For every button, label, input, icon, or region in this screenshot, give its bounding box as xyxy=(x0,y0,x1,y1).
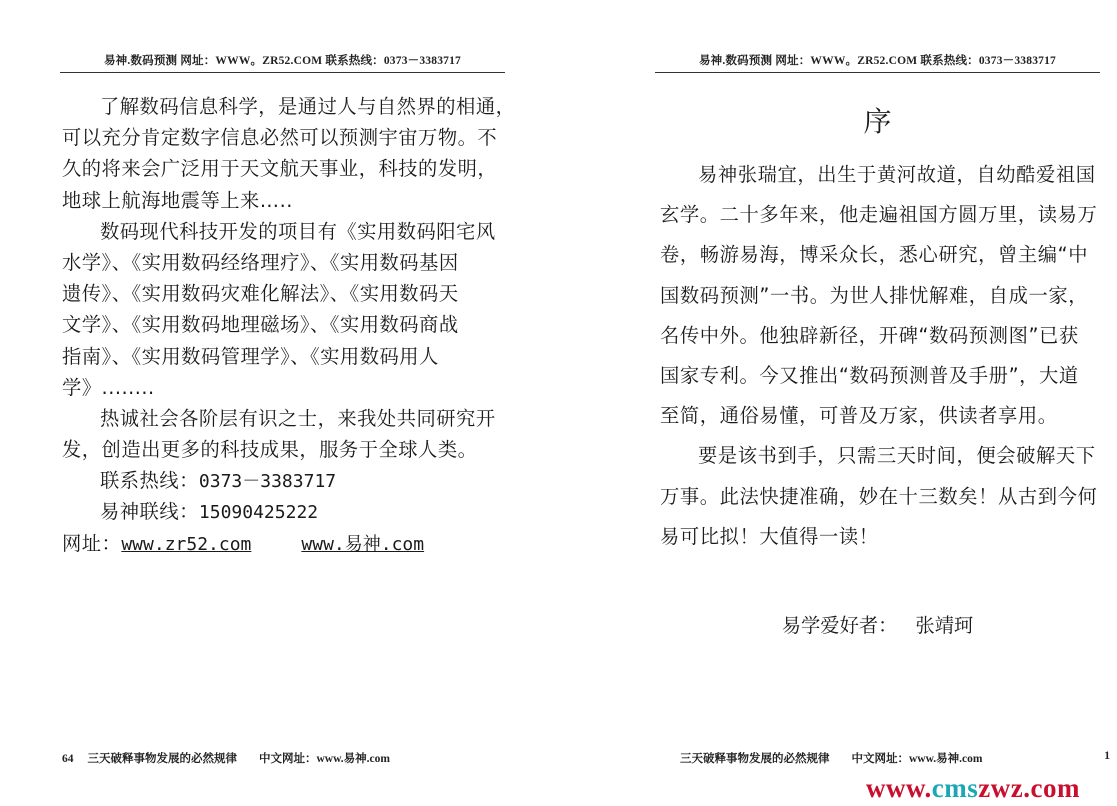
website-link-yishen[interactable]: www.易神.com xyxy=(301,534,424,555)
text-line: 热诚社会各阶层有识之士，来我处共同研究开 xyxy=(62,403,500,434)
page-number: 1 xyxy=(1104,750,1110,762)
footer-site: 中文网址：www.易神.com xyxy=(852,753,983,765)
text-line: 水学》、《实用数码经络理疗》、《实用数码基因 xyxy=(62,247,500,278)
website-link-zr52[interactable]: www.zr52.com xyxy=(121,534,251,555)
text-line: 名传中外。他独辟新径，开碑“数码预测图”已获 xyxy=(660,316,1100,356)
website-line: 网址：www.zr52.comwww.易神.com xyxy=(62,528,500,559)
signature-name: 张靖珂 xyxy=(915,614,973,637)
text-line: 遗传》、《实用数码灾难化解法》、《实用数码天 xyxy=(62,278,500,309)
text-line: 国数码预测”一书。为世人排忧解难，自成一家， xyxy=(660,276,1100,316)
hotline-value: 0373－3383717 xyxy=(199,471,336,492)
text-line: 至简，通俗易懂，可普及万家，供读者享用。 xyxy=(660,396,1100,436)
footer-site: 中文网址：www.易神.com xyxy=(259,753,390,765)
watermark-part-domain: zwz.com xyxy=(978,773,1080,803)
text-line: 了解数码信息科学，是通过人与自然界的相通， xyxy=(62,91,500,122)
right-page: 易神.数码预测 网址：WWW。ZR52.COM 联系热线：0373－338371… xyxy=(655,0,1100,806)
mobile-value: 15090425222 xyxy=(199,502,318,523)
text-line: 卷，畅游易海，博采众长，悉心研究，曾主编“中 xyxy=(660,235,1100,275)
hotline-line: 联系热线：0373－3383717 xyxy=(62,465,500,496)
text-line: 地球上航海地震等上来….. xyxy=(62,185,500,216)
text-line: 玄学。二十多年来，他走遍祖国方圆万里，读易万 xyxy=(660,195,1100,235)
header-rule xyxy=(655,72,1100,73)
watermark-part-www: www. xyxy=(866,773,932,803)
signature: 易学爱好者：张靖珂 xyxy=(655,610,1100,638)
mobile-line: 易神联线：15090425222 xyxy=(62,496,500,527)
hotline-label: 联系热线： xyxy=(100,469,199,492)
running-footer: 三天破释事物发展的必然规律中文网址：www.易神.com 1 xyxy=(680,750,1110,766)
left-page-body: 了解数码信息科学，是通过人与自然界的相通， 可以充分肯定数字信息必然可以预测宇宙… xyxy=(62,91,500,559)
text-line: 易可比拟！大值得一读！ xyxy=(660,517,1100,557)
right-page-body: 易神张瑞宜，出生于黄河故道，自幼酷爱祖国 玄学。二十多年来，他走遍祖国方圆万里，… xyxy=(660,155,1100,557)
text-line: 发，创造出更多的科技成果，服务于全球人类。 xyxy=(62,434,500,465)
text-line: 易神张瑞宜，出生于黄河故道，自幼酷爱祖国 xyxy=(660,155,1100,195)
watermark-part-cms: cms xyxy=(932,773,978,803)
text-line: 可以充分肯定数字信息必然可以预测宇宙万物。不 xyxy=(62,122,500,153)
text-line: 万事。此法快捷准确，妙在十三数矣！从古到今何 xyxy=(660,477,1100,517)
text-line: 文学》、《实用数码地理磁场》、《实用数码商战 xyxy=(62,309,500,340)
running-header: 易神.数码预测 网址：WWW。ZR52.COM 联系热线：0373－338371… xyxy=(655,52,1100,68)
footer-book-title: 三天破释事物发展的必然规律 xyxy=(680,753,830,765)
text-line: 指南》、《实用数码管理学》、《实用数码用人 xyxy=(62,341,500,372)
mobile-label: 易神联线： xyxy=(100,500,199,523)
running-footer: 64三天破释事物发展的必然规律中文网址：www.易神.com xyxy=(62,750,390,766)
text-line: 国家专利。今又推出“数码预测普及手册”，大道 xyxy=(660,356,1100,396)
watermark-logo: www.cmszwz.com xyxy=(866,773,1080,804)
footer-book-title: 三天破释事物发展的必然规律 xyxy=(88,753,238,765)
page-number: 64 xyxy=(62,753,74,765)
header-rule xyxy=(60,72,505,73)
text-line: 数码现代科技开发的项目有《实用数码阳宅风 xyxy=(62,216,500,247)
signature-label: 易学爱好者： xyxy=(782,614,898,637)
running-header: 易神.数码预测 网址：WWW。ZR52.COM 联系热线：0373－338371… xyxy=(60,52,505,68)
text-line: 学》........ xyxy=(62,372,500,403)
text-line: 要是该书到手，只需三天时间，便会破解天下 xyxy=(660,436,1100,476)
text-line: 久的将来会广泛用于天文航天事业，科技的发明， xyxy=(62,153,500,184)
left-page: 易神.数码预测 网址：WWW。ZR52.COM 联系热线：0373－338371… xyxy=(60,0,505,806)
preface-title: 序 xyxy=(655,100,1100,140)
website-label: 网址： xyxy=(62,532,121,555)
